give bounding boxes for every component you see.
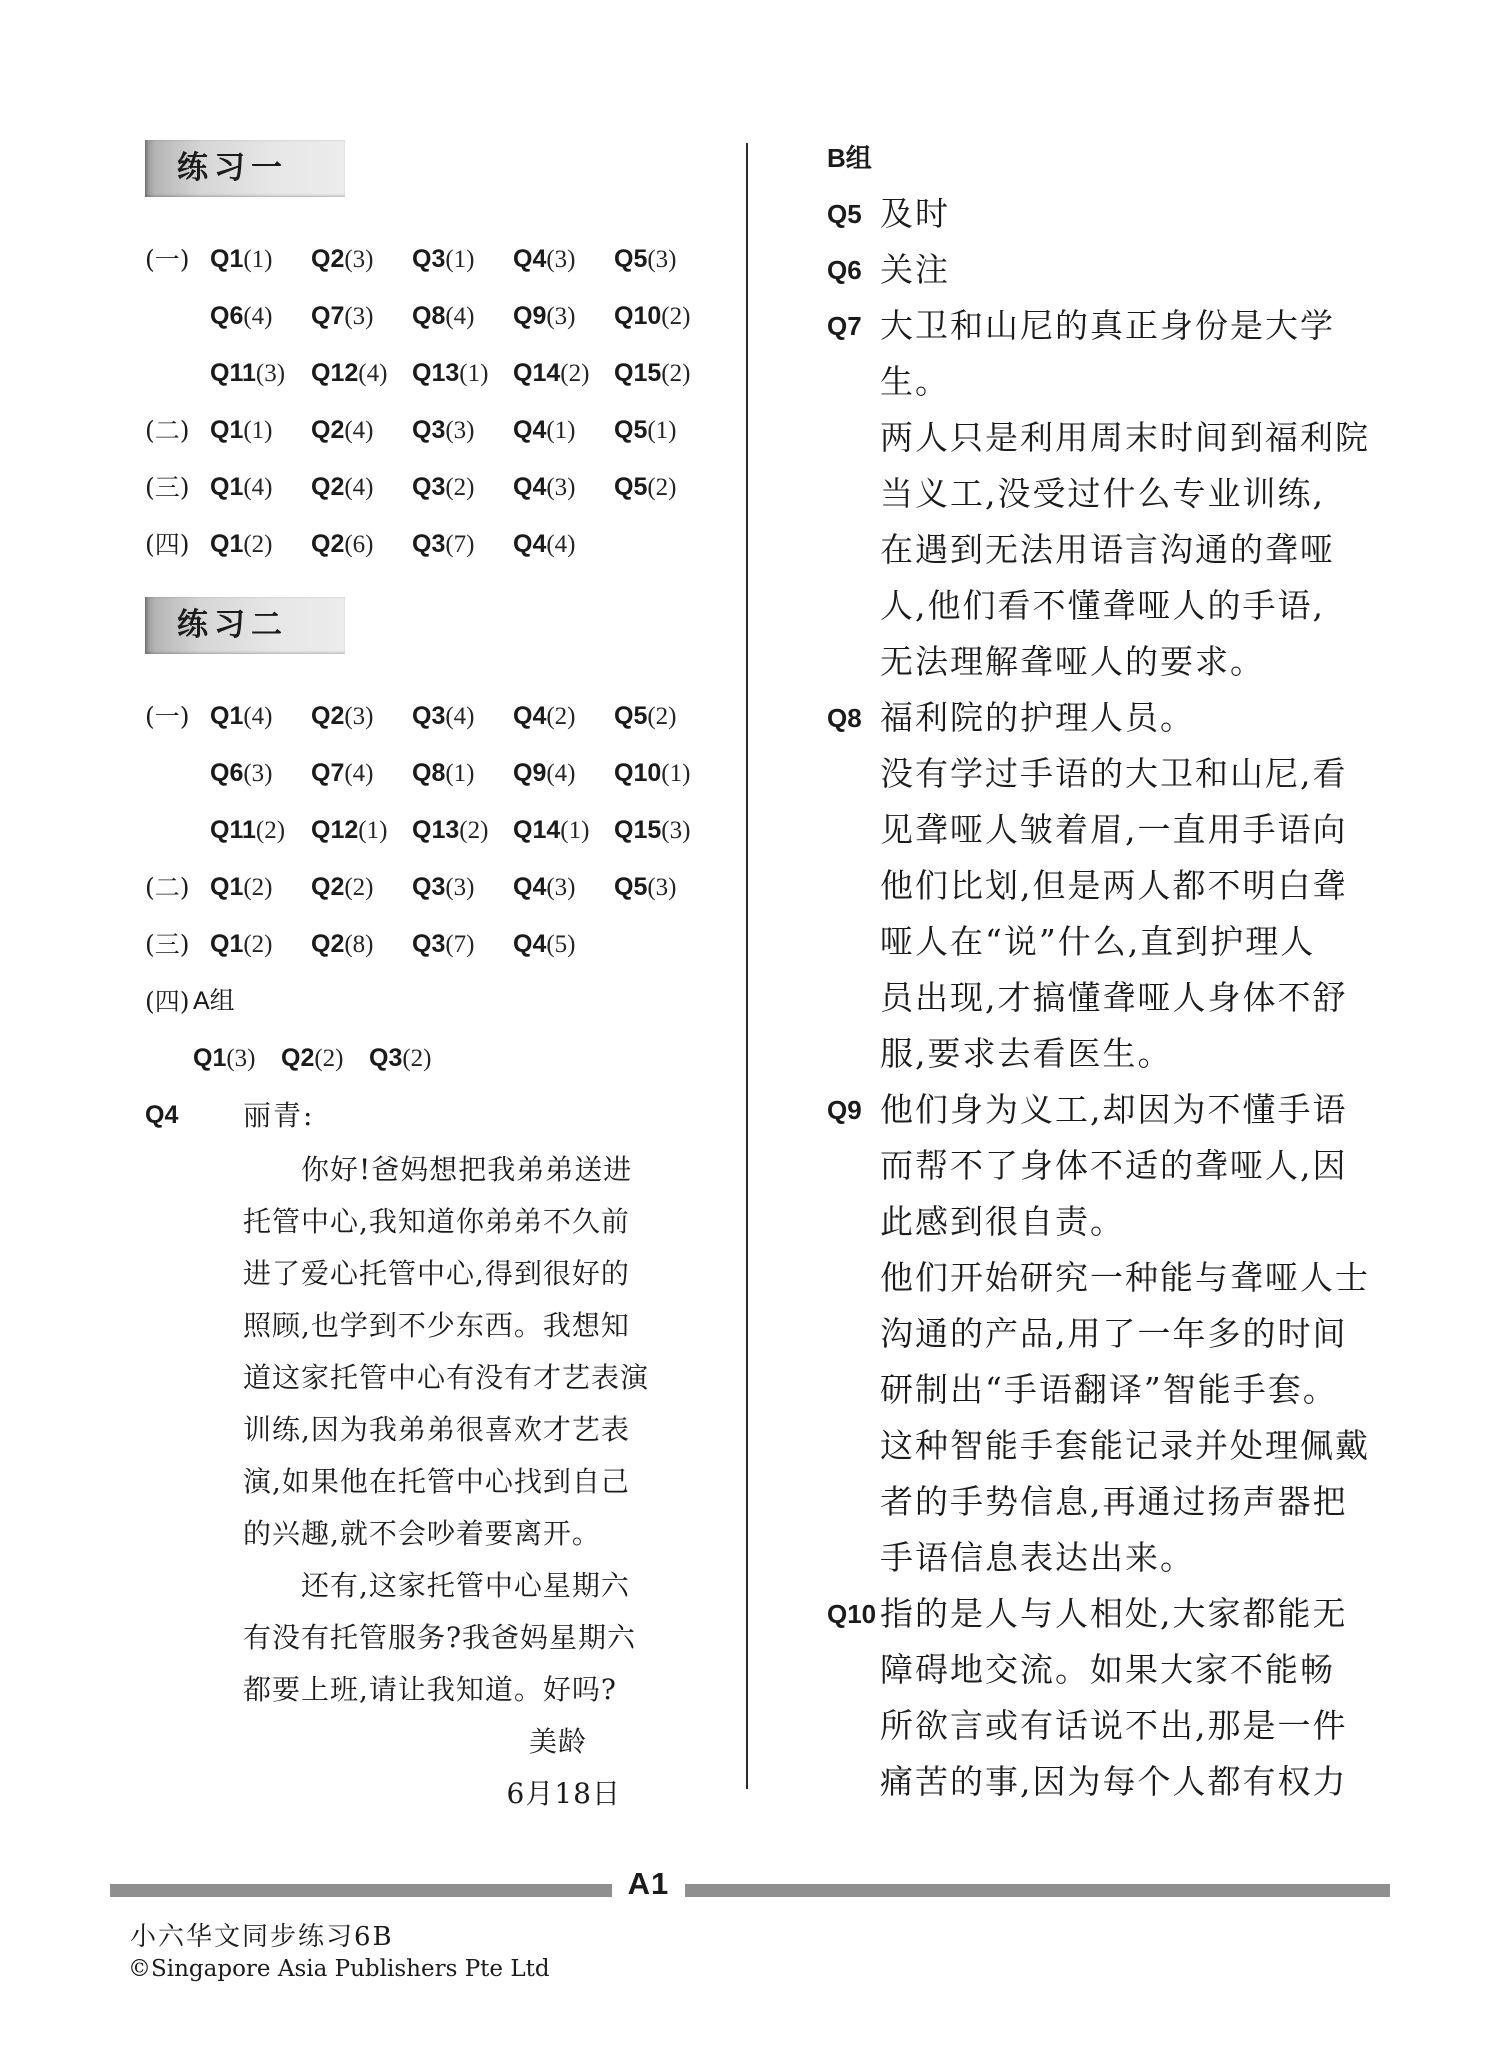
answer-text-line: 没有学过手语的大卫和山尼,看 bbox=[880, 746, 1427, 802]
answer-text-line: 在遇到无法用语言沟通的聋哑 bbox=[880, 522, 1427, 578]
question-number: Q9 bbox=[513, 759, 546, 787]
answer-value: (2) bbox=[243, 931, 272, 958]
answer-value: (2) bbox=[243, 874, 272, 901]
letter-line: 都要上班,请让我知道。好吗? bbox=[243, 1664, 625, 1716]
letter-line: 你好!爸妈想把我弟弟送进 bbox=[243, 1144, 625, 1196]
question-number: Q2 bbox=[311, 473, 344, 501]
question-number: Q5 bbox=[614, 702, 647, 730]
answer-text: 关注 bbox=[880, 242, 1427, 298]
answer-text-line: 障碍地交流。如果大家不能畅 bbox=[880, 1642, 1427, 1698]
question-number: Q5 bbox=[614, 873, 647, 901]
part-marker: (二) bbox=[145, 402, 210, 462]
answer-row: Q11(3)Q12(4)Q13(1)Q14(2)Q15(2) bbox=[145, 345, 745, 402]
answer-cell: Q1(4) bbox=[210, 459, 311, 519]
answer-text-line: 手语信息表达出来。 bbox=[880, 1530, 1427, 1586]
question-number: Q2 bbox=[311, 873, 344, 901]
answer-cell: Q8(4) bbox=[412, 288, 513, 348]
question-number: Q2 bbox=[311, 530, 344, 558]
answer-text-line: 当义工,没受过什么专业训练, bbox=[880, 466, 1427, 522]
question-number: Q2 bbox=[281, 1044, 314, 1072]
answer-cell: Q13(1) bbox=[412, 345, 513, 405]
part-marker: (一) bbox=[145, 688, 210, 748]
left-column: 练习一 (一)Q1(1)Q2(3)Q3(1)Q4(3)Q5(3)Q6(4)Q7(… bbox=[145, 140, 745, 1820]
letter-line: 道这家托管中心有没有才艺表演 bbox=[243, 1352, 625, 1404]
answer-item: Q9他们身为义工,却因为不懂手语而帮不了身体不适的聋哑人,因此感到很自责。他们开… bbox=[827, 1082, 1427, 1586]
answer-cell: Q2(2) bbox=[281, 1030, 369, 1090]
answer-value: (5) bbox=[546, 931, 575, 958]
answer-value: (3) bbox=[243, 760, 272, 787]
answer-value: (1) bbox=[546, 417, 575, 444]
answer-value: (3) bbox=[226, 1045, 255, 1072]
question-number: Q10 bbox=[614, 302, 661, 330]
answer-cell: Q2(3) bbox=[311, 688, 412, 748]
answer-text-line: 指的是人与人相处,大家都能无 bbox=[880, 1586, 1427, 1642]
question-number: Q4 bbox=[513, 245, 546, 273]
question-number: Q2 bbox=[311, 930, 344, 958]
answer-value: (3) bbox=[344, 303, 373, 330]
answer-value: (3) bbox=[546, 874, 575, 901]
question-number: Q1 bbox=[193, 1044, 226, 1072]
question-number: Q3 bbox=[412, 245, 445, 273]
answer-value: (3) bbox=[445, 874, 474, 901]
footer-bar-left bbox=[110, 1884, 612, 1897]
answer-cell: Q4(5) bbox=[513, 916, 614, 976]
letter-line: 进了爱心托管中心,得到很好的 bbox=[243, 1248, 625, 1300]
part-marker bbox=[145, 288, 210, 348]
answer-item: Q6关注 bbox=[827, 242, 1427, 298]
letter-line: 6月18日 bbox=[243, 1768, 625, 1820]
answer-cell: Q4(3) bbox=[513, 859, 614, 919]
answer-item: Q10指的是人与人相处,大家都能无障碍地交流。如果大家不能畅所欲言或有话说不出,… bbox=[827, 1586, 1427, 1810]
question-number: Q7 bbox=[827, 298, 880, 690]
answer-text-line: 员出现,才搞懂聋哑人身体不舒 bbox=[880, 970, 1427, 1026]
answer-row: (二)Q1(2)Q2(2)Q3(3)Q4(3)Q5(3) bbox=[145, 859, 745, 916]
question-number: Q3 bbox=[412, 873, 445, 901]
answer-cell: Q2(2) bbox=[311, 859, 412, 919]
answer-cell: Q3(3) bbox=[412, 859, 513, 919]
answer-value: (2) bbox=[647, 703, 676, 730]
question-number: Q7 bbox=[311, 759, 344, 787]
answer-text-line: 他们身为义工,却因为不懂手语 bbox=[880, 1082, 1427, 1138]
answer-text-line: 痛苦的事,因为每个人都有权力 bbox=[880, 1754, 1427, 1810]
part-marker: (四) bbox=[145, 973, 193, 1030]
question-number: Q3 bbox=[412, 930, 445, 958]
part-marker: (四) bbox=[145, 516, 210, 576]
question-number: Q10 bbox=[827, 1586, 880, 1810]
letter-line: 有没有托管服务?我爸妈星期六 bbox=[243, 1612, 625, 1664]
question-number: Q13 bbox=[412, 816, 459, 844]
group-a-answer-row: Q1(3)Q2(2)Q3(2) bbox=[193, 1030, 745, 1087]
answer-value: (3) bbox=[661, 817, 690, 844]
letter-line: 照顾,也学到不少东西。我想知 bbox=[243, 1300, 625, 1352]
exercise1-answer-rows: (一)Q1(1)Q2(3)Q3(1)Q4(3)Q5(3)Q6(4)Q7(3)Q8… bbox=[145, 231, 745, 573]
answer-text-line: 服,要求去看医生。 bbox=[880, 1026, 1427, 1082]
question-number: Q1 bbox=[210, 416, 243, 444]
answer-value: (2) bbox=[459, 817, 488, 844]
answer-cell: Q9(3) bbox=[513, 288, 614, 348]
answer-cell: Q15(3) bbox=[614, 802, 715, 862]
question-number: Q1 bbox=[210, 473, 243, 501]
answer-text: 大卫和山尼的真正身份是大学生。两人只是利用周末时间到福利院当义工,没受过什么专业… bbox=[880, 298, 1427, 690]
answer-value: (3) bbox=[344, 246, 373, 273]
answer-cell: Q15(2) bbox=[614, 345, 715, 405]
answer-cell: Q2(3) bbox=[311, 231, 412, 291]
answer-row: (三)Q1(4)Q2(4)Q3(2)Q4(3)Q5(2) bbox=[145, 459, 745, 516]
answer-value: (1) bbox=[647, 417, 676, 444]
answer-cell: Q3(4) bbox=[412, 688, 513, 748]
answer-cell: Q5(1) bbox=[614, 402, 715, 462]
question-number: Q5 bbox=[614, 416, 647, 444]
answer-cell: Q2(4) bbox=[311, 402, 412, 462]
question-number: Q8 bbox=[412, 759, 445, 787]
answer-text-line: 者的手势信息,再通过扬声器把 bbox=[880, 1474, 1427, 1530]
question-number: Q1 bbox=[210, 930, 243, 958]
answer-text-line: 此感到很自责。 bbox=[880, 1194, 1427, 1250]
answer-cell: Q6(3) bbox=[210, 745, 311, 805]
answer-text: 及时 bbox=[880, 186, 1427, 242]
answer-cell: Q4(3) bbox=[513, 231, 614, 291]
answer-value: (2) bbox=[314, 1045, 343, 1072]
question-number: Q5 bbox=[614, 245, 647, 273]
answer-cell: Q7(3) bbox=[311, 288, 412, 348]
answer-cell: Q11(3) bbox=[210, 345, 311, 405]
answer-cell: Q2(4) bbox=[311, 459, 412, 519]
answer-text-line: 这种智能手套能记录并处理佩戴 bbox=[880, 1418, 1427, 1474]
footer-rule: A1 bbox=[0, 1884, 1497, 1897]
answer-value: (4) bbox=[445, 303, 474, 330]
answer-cell: Q3(1) bbox=[412, 231, 513, 291]
answer-value: (6) bbox=[344, 531, 373, 558]
answer-value: (7) bbox=[445, 531, 474, 558]
question-number: Q3 bbox=[369, 1044, 402, 1072]
question-number: Q6 bbox=[210, 759, 243, 787]
question-number: Q8 bbox=[412, 302, 445, 330]
answer-item: Q8福利院的护理人员。没有学过手语的大卫和山尼,看见聋哑人皱着眉,一直用手语向他… bbox=[827, 690, 1427, 1082]
answer-value: (7) bbox=[445, 931, 474, 958]
letter-line: 训练,因为我弟弟很喜欢才艺表 bbox=[243, 1404, 625, 1456]
answer-row: Q6(3)Q7(4)Q8(1)Q9(4)Q10(1) bbox=[145, 745, 745, 802]
answer-text-line: 关注 bbox=[880, 242, 1427, 298]
answer-value: (3) bbox=[647, 246, 676, 273]
answer-value: (4) bbox=[344, 760, 373, 787]
answer-value: (3) bbox=[344, 703, 373, 730]
answer-text-line: 研制出“手语翻译”智能手套。 bbox=[880, 1362, 1427, 1418]
question-number: Q4 bbox=[513, 702, 546, 730]
answer-text: 他们身为义工,却因为不懂手语而帮不了身体不适的聋哑人,因此感到很自责。他们开始研… bbox=[880, 1082, 1427, 1586]
answer-value: (8) bbox=[344, 931, 373, 958]
answer-value: (3) bbox=[546, 474, 575, 501]
answer-cell: Q1(1) bbox=[210, 231, 311, 291]
answer-row: Q11(2)Q12(1)Q13(2)Q14(1)Q15(3) bbox=[145, 802, 745, 859]
question-number: Q8 bbox=[827, 690, 880, 1082]
answer-cell: Q4(2) bbox=[513, 688, 614, 748]
group-b-label: B组 bbox=[827, 130, 1427, 186]
page-number: A1 bbox=[612, 1866, 685, 1902]
question-number: Q4 bbox=[513, 873, 546, 901]
answer-cell: Q5(2) bbox=[614, 459, 715, 519]
answer-value: (2) bbox=[344, 874, 373, 901]
answer-cell: Q7(4) bbox=[311, 745, 412, 805]
question-number: Q4 bbox=[513, 473, 546, 501]
answer-value: (3) bbox=[647, 874, 676, 901]
part-marker: (三) bbox=[145, 459, 210, 519]
answer-value: (4) bbox=[344, 417, 373, 444]
answer-cell: Q4(4) bbox=[513, 516, 614, 576]
letter-salutation: 丽青: bbox=[243, 1087, 745, 1144]
exercise2-header: 练习二 bbox=[145, 597, 345, 654]
answer-text-line: 福利院的护理人员。 bbox=[880, 690, 1427, 746]
answer-cell: Q3(2) bbox=[369, 1030, 457, 1090]
answer-cell: Q9(4) bbox=[513, 745, 614, 805]
answer-cell: Q2(8) bbox=[311, 916, 412, 976]
question-number: Q5 bbox=[614, 473, 647, 501]
answer-value: (3) bbox=[445, 417, 474, 444]
question-number: Q4 bbox=[513, 530, 546, 558]
answer-value: (4) bbox=[344, 474, 373, 501]
answer-cell: Q3(7) bbox=[412, 916, 513, 976]
answer-value: (2) bbox=[402, 1045, 431, 1072]
answer-value: (1) bbox=[560, 817, 589, 844]
answer-text: 福利院的护理人员。没有学过手语的大卫和山尼,看见聋哑人皱着眉,一直用手语向他们比… bbox=[880, 690, 1427, 1082]
question-number: Q14 bbox=[513, 816, 560, 844]
q4-letter-heading-row: Q4 丽青: bbox=[145, 1087, 745, 1144]
question-number: Q9 bbox=[513, 302, 546, 330]
letter-line: 的兴趣,就不会吵着要离开。 bbox=[243, 1508, 625, 1560]
answer-cell: Q8(1) bbox=[412, 745, 513, 805]
question-number: Q12 bbox=[311, 816, 358, 844]
answer-cell: Q3(7) bbox=[412, 516, 513, 576]
answer-text-line: 沟通的产品,用了一年多的时间 bbox=[880, 1306, 1427, 1362]
answer-text-line: 两人只是利用周末时间到福利院 bbox=[880, 410, 1427, 466]
answer-value: (4) bbox=[358, 360, 387, 387]
answer-cell: Q2(6) bbox=[311, 516, 412, 576]
answer-value: (2) bbox=[661, 303, 690, 330]
answer-value: (1) bbox=[358, 817, 387, 844]
answer-key-page: 练习一 (一)Q1(1)Q2(3)Q3(1)Q4(3)Q5(3)Q6(4)Q7(… bbox=[0, 0, 1497, 2048]
answer-cell: Q5(2) bbox=[614, 688, 715, 748]
answer-text: 指的是人与人相处,大家都能无障碍地交流。如果大家不能畅所欲言或有话说不出,那是一… bbox=[880, 1586, 1427, 1810]
answer-value: (1) bbox=[243, 417, 272, 444]
group-b-answers: Q5及时Q6关注Q7大卫和山尼的真正身份是大学生。两人只是利用周末时间到福利院当… bbox=[827, 186, 1427, 1810]
column-divider-line bbox=[746, 143, 748, 1789]
footer-bar-right bbox=[685, 1884, 1390, 1897]
footer-book-title: 小六华文同步练习6B bbox=[130, 1916, 394, 1953]
question-number: Q7 bbox=[311, 302, 344, 330]
answer-value: (2) bbox=[661, 360, 690, 387]
answer-cell: Q12(1) bbox=[311, 802, 412, 862]
answer-value: (3) bbox=[546, 303, 575, 330]
question-number: Q13 bbox=[412, 359, 459, 387]
answer-value: (4) bbox=[243, 303, 272, 330]
answer-cell: Q12(4) bbox=[311, 345, 412, 405]
answer-row: (三)Q1(2)Q2(8)Q3(7)Q4(5) bbox=[145, 916, 745, 973]
answer-text-line: 大卫和山尼的真正身份是大学 bbox=[880, 298, 1427, 354]
answer-value: (2) bbox=[243, 531, 272, 558]
letter-line: 托管中心,我知道你弟弟不久前 bbox=[243, 1196, 625, 1248]
group-a-label: A组 bbox=[193, 973, 745, 1030]
letter-line: 还有,这家托管中心星期六 bbox=[243, 1560, 625, 1612]
answer-cell: Q10(1) bbox=[614, 745, 715, 805]
exercise1-header: 练习一 bbox=[145, 140, 345, 197]
answer-text-line: 及时 bbox=[880, 186, 1427, 242]
answer-cell: Q1(1) bbox=[210, 402, 311, 462]
answer-value: (4) bbox=[243, 474, 272, 501]
answer-row: (二)Q1(1)Q2(4)Q3(3)Q4(1)Q5(1) bbox=[145, 402, 745, 459]
answer-text-line: 他们开始研究一种能与聋哑人士 bbox=[880, 1250, 1427, 1306]
answer-cell: Q11(2) bbox=[210, 802, 311, 862]
part-marker: (一) bbox=[145, 231, 210, 291]
answer-cell: Q1(2) bbox=[210, 516, 311, 576]
question-number: Q10 bbox=[614, 759, 661, 787]
answer-value: (4) bbox=[546, 760, 575, 787]
question-number: Q15 bbox=[614, 359, 661, 387]
question-number: Q9 bbox=[827, 1082, 880, 1586]
question-number: Q2 bbox=[311, 245, 344, 273]
answer-cell: Q4(3) bbox=[513, 459, 614, 519]
part-marker bbox=[145, 745, 210, 805]
answer-row: (一)Q1(4)Q2(3)Q3(4)Q4(2)Q5(2) bbox=[145, 688, 745, 745]
part-marker bbox=[145, 345, 210, 405]
question-number: Q15 bbox=[614, 816, 661, 844]
question-number: Q12 bbox=[311, 359, 358, 387]
answer-text-line: 生。 bbox=[880, 354, 1427, 410]
answer-value: (2) bbox=[256, 817, 285, 844]
answer-value: (2) bbox=[445, 474, 474, 501]
part-marker bbox=[145, 802, 210, 862]
answer-cell: Q3(3) bbox=[412, 402, 513, 462]
answer-value: (2) bbox=[647, 474, 676, 501]
answer-row: (一)Q1(1)Q2(3)Q3(1)Q4(3)Q5(3) bbox=[145, 231, 745, 288]
answer-text-line: 人,他们看不懂聋哑人的手语, bbox=[880, 578, 1427, 634]
question-number: Q4 bbox=[513, 416, 546, 444]
question-number: Q3 bbox=[412, 473, 445, 501]
answer-item: Q7大卫和山尼的真正身份是大学生。两人只是利用周末时间到福利院当义工,没受过什么… bbox=[827, 298, 1427, 690]
question-number: Q3 bbox=[412, 530, 445, 558]
answer-value: (4) bbox=[445, 703, 474, 730]
question-number: Q2 bbox=[311, 702, 344, 730]
answer-value: (4) bbox=[243, 703, 272, 730]
answer-value: (1) bbox=[243, 246, 272, 273]
answer-text-line: 而帮不了身体不适的聋哑人,因 bbox=[880, 1138, 1427, 1194]
answer-text-line: 见聋哑人皱着眉,一直用手语向 bbox=[880, 802, 1427, 858]
model-answer-letter: 你好!爸妈想把我弟弟送进托管中心,我知道你弟弟不久前进了爱心托管中心,得到很好的… bbox=[243, 1144, 625, 1820]
answer-value: (4) bbox=[546, 531, 575, 558]
answer-cell: Q10(2) bbox=[614, 288, 715, 348]
part-marker: (二) bbox=[145, 859, 210, 919]
question-number: Q11 bbox=[210, 359, 256, 387]
question-number: Q1 bbox=[210, 702, 243, 730]
question-number: Q2 bbox=[311, 416, 344, 444]
part4-group-a-row: (四) A组 bbox=[145, 973, 745, 1030]
question-number: Q14 bbox=[513, 359, 560, 387]
answer-cell: Q5(3) bbox=[614, 859, 715, 919]
question-number: Q11 bbox=[210, 816, 256, 844]
answer-cell: Q4(1) bbox=[513, 402, 614, 462]
right-column: B组 Q5及时Q6关注Q7大卫和山尼的真正身份是大学生。两人只是利用周末时间到福… bbox=[827, 130, 1427, 1810]
answer-text-line: 所欲言或有话说不出,那是一件 bbox=[880, 1698, 1427, 1754]
answer-cell: Q3(2) bbox=[412, 459, 513, 519]
answer-value: (2) bbox=[560, 360, 589, 387]
answer-text-line: 无法理解聋哑人的要求。 bbox=[880, 634, 1427, 690]
answer-text-line: 哑人在“说”什么,直到护理人 bbox=[880, 914, 1427, 970]
answer-cell: Q14(2) bbox=[513, 345, 614, 405]
exercise2-answer-rows: (一)Q1(4)Q2(3)Q3(4)Q4(2)Q5(2)Q6(3)Q7(4)Q8… bbox=[145, 688, 745, 973]
letter-line: 美龄 bbox=[243, 1716, 625, 1768]
part-marker: (三) bbox=[145, 916, 210, 976]
question-number: Q3 bbox=[412, 702, 445, 730]
question-number: Q6 bbox=[210, 302, 243, 330]
letter-line: 演,如果他在托管中心找到自己 bbox=[243, 1456, 625, 1508]
answer-row: Q6(4)Q7(3)Q8(4)Q9(3)Q10(2) bbox=[145, 288, 745, 345]
question-number: Q1 bbox=[210, 245, 243, 273]
answer-text-line: 他们比划,但是两人都不明白聋 bbox=[880, 858, 1427, 914]
answer-value: (1) bbox=[445, 760, 474, 787]
answer-cell: Q13(2) bbox=[412, 802, 513, 862]
answer-value: (3) bbox=[256, 360, 285, 387]
question-number: Q5 bbox=[827, 186, 880, 242]
question-number: Q4 bbox=[513, 930, 546, 958]
answer-value: (1) bbox=[459, 360, 488, 387]
answer-cell: Q14(1) bbox=[513, 802, 614, 862]
answer-cell: Q1(2) bbox=[210, 916, 311, 976]
answer-cell: Q1(3) bbox=[193, 1030, 281, 1090]
answer-value: (1) bbox=[661, 760, 690, 787]
question-number: Q1 bbox=[210, 873, 243, 901]
answer-cell: Q1(2) bbox=[210, 859, 311, 919]
answer-cell: Q6(4) bbox=[210, 288, 311, 348]
question-number: Q1 bbox=[210, 530, 243, 558]
answer-cell: Q5(3) bbox=[614, 231, 715, 291]
answer-cell: Q1(4) bbox=[210, 688, 311, 748]
answer-row: (四)Q1(2)Q2(6)Q3(7)Q4(4) bbox=[145, 516, 745, 573]
question-number: Q6 bbox=[827, 242, 880, 298]
answer-item: Q5及时 bbox=[827, 186, 1427, 242]
footer-copyright: ©Singapore Asia Publishers Pte Ltd bbox=[128, 1956, 550, 1982]
answer-value: (1) bbox=[445, 246, 474, 273]
answer-value: (2) bbox=[546, 703, 575, 730]
q4-label: Q4 bbox=[145, 1087, 193, 1144]
question-number: Q3 bbox=[412, 416, 445, 444]
answer-value: (3) bbox=[546, 246, 575, 273]
